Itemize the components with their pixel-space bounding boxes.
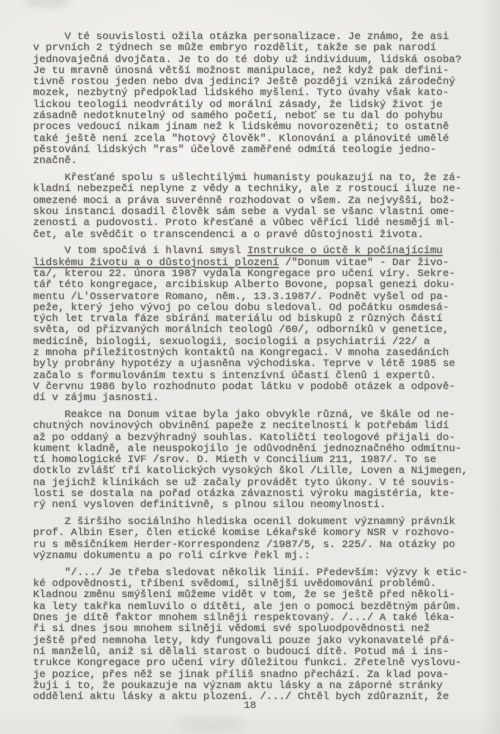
paragraph: Křesťané spolu s ušlechtilými humanisty …: [33, 173, 485, 241]
text-line: byly probrány hypotézy a ujasněna východ…: [33, 359, 485, 370]
text-line: pěstování lidských "ras" účelově zaměřen…: [33, 145, 485, 156]
text-line: proces vedoucí nikam jinam než k lidském…: [33, 122, 485, 133]
paragraph: V tom spočívá i hlavní smysl Instrukce o…: [33, 246, 485, 404]
underlined-document-title: lidskému životu a o důstojnosti plození: [33, 257, 279, 269]
underlined-document-title: Instrukce o úctě k počínajícímu: [247, 245, 442, 257]
paragraph: Z širšího sociálního hlediska ocenil dok…: [33, 517, 485, 562]
text-line: tář této kongregace, arcibiskup Alberto …: [33, 280, 485, 291]
scan-smudge-bottom: [176, 716, 246, 732]
text-line: trukce Kongregace pro učení víry důležit…: [33, 658, 485, 669]
text-line: významu dokumentu a po roli církve řekl …: [33, 551, 485, 562]
paragraph: V té souvislosti ožila otázka personaliz…: [33, 32, 485, 168]
text-line: kladní nebezpečí neplyne z vědy a techni…: [33, 184, 485, 195]
text-segment: /"Donum vitae" - Dar živo-: [279, 257, 449, 269]
text-line: v prvních 2 týdnech se může embryo rozdě…: [33, 43, 485, 54]
text-line: dí v zájmu jasnosti.: [33, 393, 485, 404]
page-number: 18: [0, 701, 500, 712]
text-line: rý není vysloven definitivně, s plnou si…: [33, 500, 485, 511]
text-line: ři si dnes jsou mnohem silněji vědomi sv…: [33, 624, 485, 635]
text-line: značně.: [33, 156, 485, 167]
text-line: zenosti a pudovosti. Proto křesťané a vů…: [33, 218, 485, 229]
text-segment: V tom spočívá i hlavní smysl: [33, 245, 247, 257]
typewritten-text: V té souvislosti ožila otázka personaliz…: [33, 32, 485, 709]
text-line: chutných novinových obvinění papeže z ne…: [33, 421, 485, 432]
paragraph: "/.../ Je třeba sledovat několik linií. …: [33, 568, 485, 704]
paragraph: Reakce na Donum vitae byla jako obvykle …: [33, 410, 485, 512]
text-line: čet, ale svědčit o transcendenci a o pra…: [33, 230, 485, 241]
